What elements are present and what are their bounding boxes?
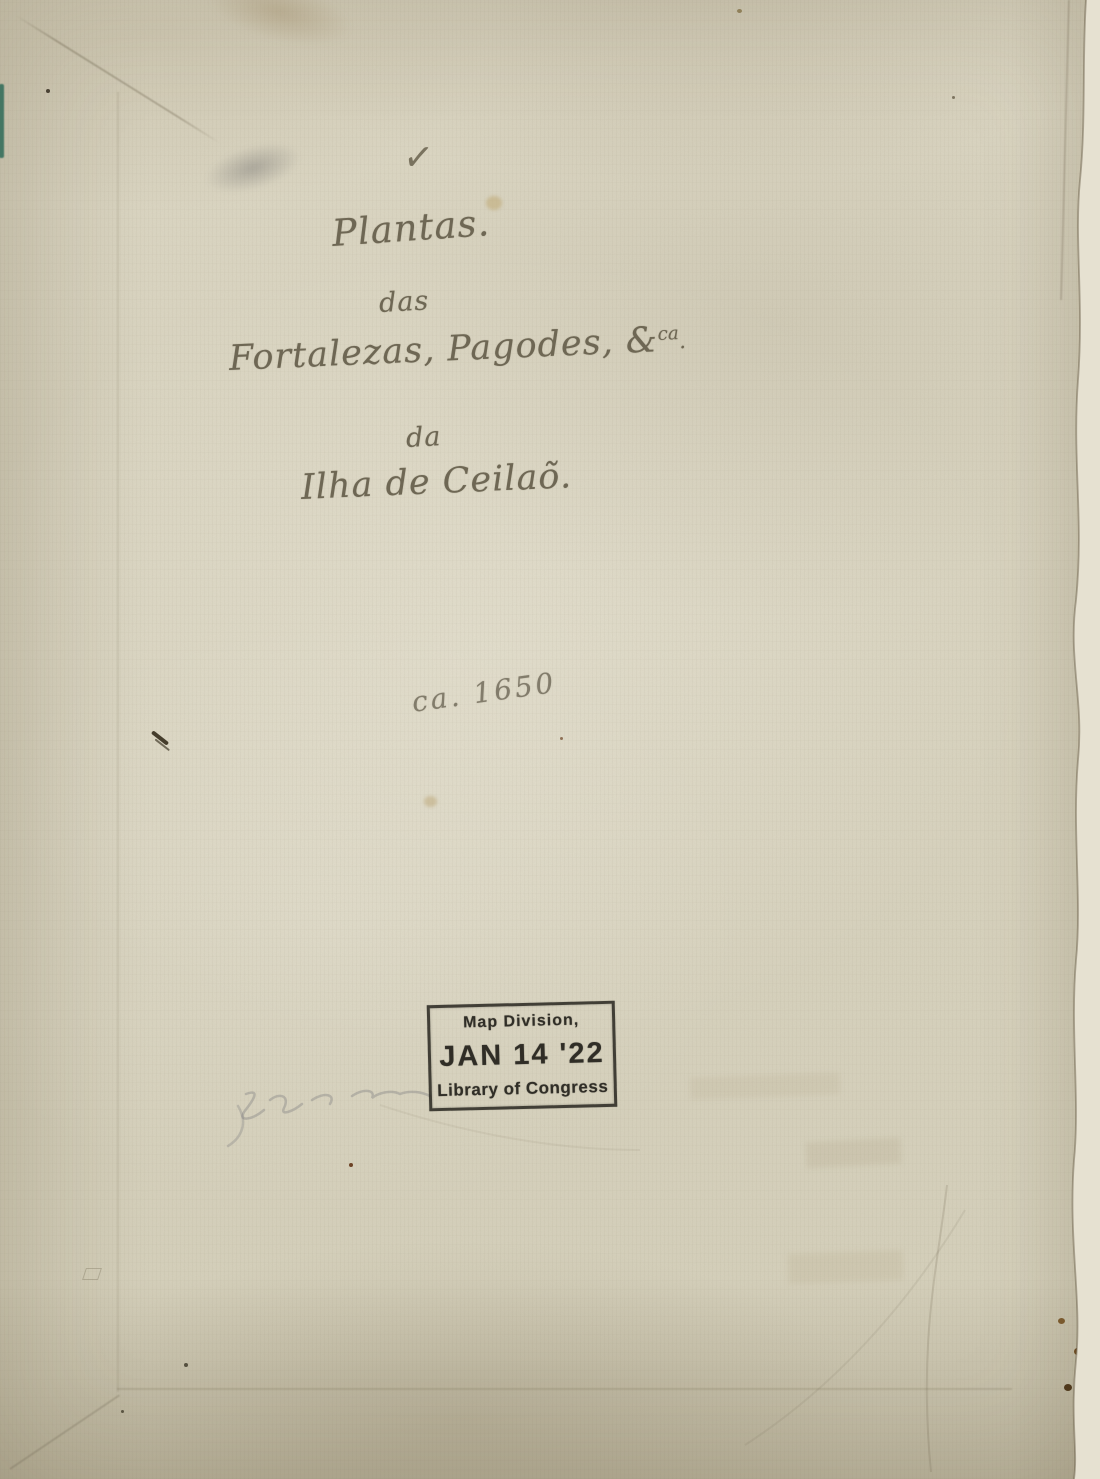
check-mark-icon: ✓ <box>401 133 436 183</box>
title-line-1: Plantas. <box>331 201 492 255</box>
speck <box>121 1410 124 1413</box>
bleedthrough-mark <box>690 1072 841 1099</box>
library-of-congress-stamp: Map Division, JAN 14 '22 Library of Cong… <box>427 1001 618 1112</box>
title-line-4: da <box>405 421 442 454</box>
title-line-3-text: Fortalezas, Pagodes, & <box>228 320 659 379</box>
ink-fleck <box>151 730 169 745</box>
speck <box>952 96 955 99</box>
stamp-institution-line: Library of Congress <box>437 1077 608 1101</box>
stamp-division-line: Map Division, <box>463 1012 580 1033</box>
stamp-date-line: JAN 14 '22 <box>439 1036 605 1073</box>
date-annotation: ca. 1650 <box>410 666 559 719</box>
paper-grain-texture <box>0 0 1100 1479</box>
small-stain <box>424 796 437 807</box>
fold-line-vertical <box>117 92 119 1392</box>
top-edge-stain <box>200 0 360 59</box>
foxing-spot <box>1074 1348 1081 1355</box>
title-line-2: das <box>378 285 430 319</box>
fold-line-bottom <box>117 1388 1012 1390</box>
bleedthrough-mark <box>788 1250 904 1284</box>
speck <box>349 1163 353 1167</box>
fold-line-top-right <box>1060 0 1070 300</box>
speck <box>737 9 742 13</box>
title-line-5: Ilha de Ceilaõ. <box>300 456 573 508</box>
green-edge-mark <box>0 84 4 158</box>
title-line-3: Fortalezas, Pagodes, &ca. <box>228 319 686 379</box>
crease-top-left <box>14 14 220 144</box>
faint-pencil-inscription <box>0 0 1100 1479</box>
deckled-right-edge <box>1060 0 1100 1479</box>
foxing-spot <box>1058 1318 1065 1324</box>
bottom-creases <box>0 0 1100 1479</box>
speck <box>46 89 50 93</box>
speck <box>184 1363 188 1367</box>
graphite-smudge <box>199 133 307 203</box>
crease-bottom-left <box>9 1394 120 1469</box>
speck <box>560 737 563 740</box>
bleedthrough-mark <box>805 1138 901 1169</box>
foxing-spot <box>1064 1384 1072 1391</box>
manuscript-cover-page: ✓ Plantas. das Fortalezas, Pagodes, &ca.… <box>0 0 1100 1479</box>
title-line-3-superscript-dot: . <box>679 329 687 353</box>
faint-pencil-box-mark <box>82 1268 102 1280</box>
title-line-3-superscript: ca <box>657 323 679 345</box>
